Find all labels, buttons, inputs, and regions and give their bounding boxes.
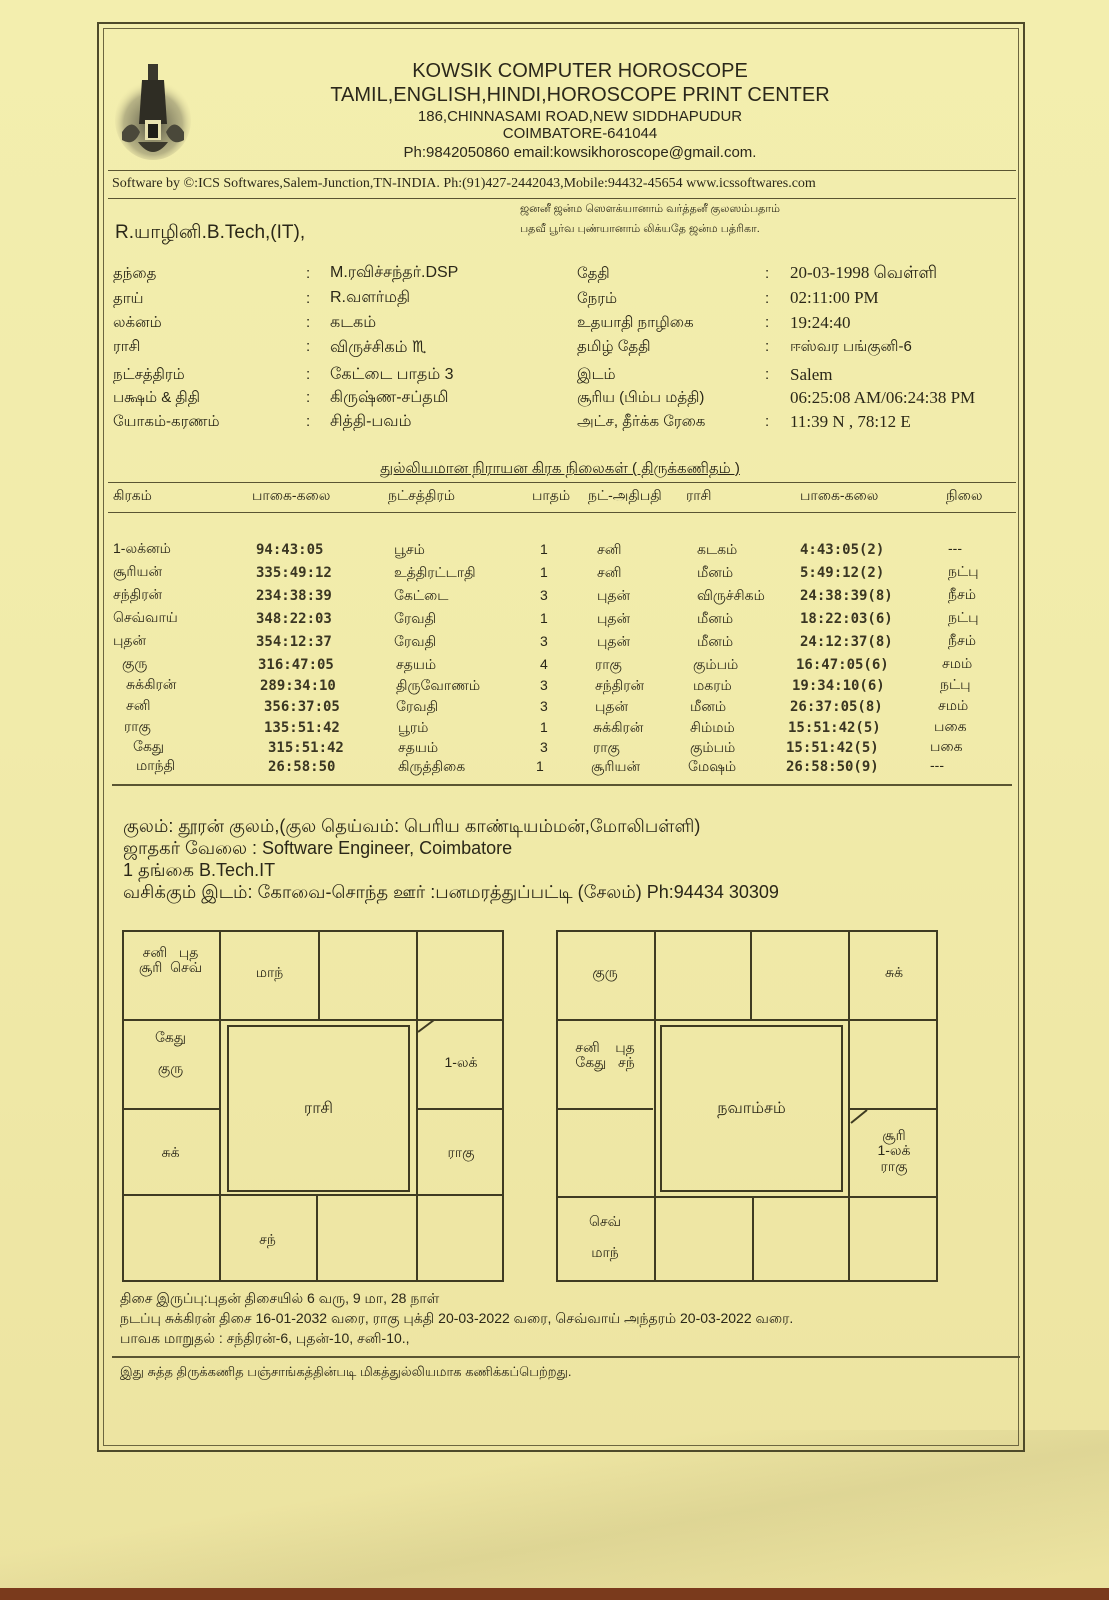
cell-rasi: கும்பம் [690,739,735,758]
company-contact: Ph:9842050860 email:kowsikhoroscope@gmai… [200,144,960,161]
cell-rasi: விருச்சிகம் [697,587,765,606]
cell-rasi-degree: 15:51:42(5) [788,720,881,736]
dasa-balance: திசை இருப்பு:புதன் திசையில் 6 வரு, 9 மா,… [120,1290,439,1309]
rasi-house-1: மாந் [221,965,318,980]
cell-nakshatra: பூரம் [398,719,428,738]
navamsa-center-label: நவாம்சம் [717,1099,786,1119]
cell-planet: செவ்வாய் [113,609,178,628]
rasi-house-8: சந் [219,1232,316,1247]
detail-label: தாய் [113,290,143,309]
detail-colon: : [306,389,310,406]
cell-padam: 3 [540,698,548,714]
detail-value-mother: R.வளர்மதி [330,288,410,308]
col-header-star-lord: நட்-அதிபதி [588,487,662,506]
bhava-change: பாவக மாறுதல் : சந்திரன்-6, புதன்-10, சனி… [120,1330,410,1349]
col-header-padam: பாதம் [532,487,570,506]
cell-rasi-degree: 24:12:37(8) [800,634,893,650]
cell-star-lord: ராகு [593,739,620,758]
footer-divider [112,1356,1020,1358]
detail-label: இடம் [577,366,616,385]
cell-rasi-degree: 5:49:12(2) [800,565,884,581]
col-header-status: நிலை [946,487,982,506]
detail-label: தந்தை [113,265,156,284]
cell-nakshatra: கேட்டை [394,587,448,606]
detail-colon: : [765,413,769,430]
detail-colon: : [765,338,769,355]
cell-planet: சூரியன் [113,563,162,582]
cell-rasi: மீனம் [697,564,733,583]
rasi-house-11: கேது குரு [122,1030,219,1076]
cell-status: நட்பு [940,676,971,695]
cell-nakshatra: ரேவதி [394,610,436,629]
cell-planet: 1-லக்னம் [113,540,171,559]
company-title: KOWSIK COMPUTER HOROSCOPE [200,60,960,83]
planet-table-title: துல்லியமான நிராயன கிரக நிலைகள் ( திருக்க… [110,460,1010,479]
company-address-line2: COIMBATORE-641044 [200,125,960,142]
detail-colon: : [306,314,310,331]
cell-rasi-degree: 19:34:10(6) [792,678,885,694]
sibling-info: 1 தங்கை B.Tech.IT [123,860,275,883]
table-divider-top [108,482,1016,483]
cell-star-lord: சனி [597,564,622,583]
deity-logo-icon [112,62,194,162]
navamsa-house-5: சூரி 1-லக் ராகு [850,1128,938,1174]
cell-nakshatra: ரேவதி [396,698,438,717]
table-divider-header [108,512,1016,513]
cell-rasi-degree: 26:37:05(8) [790,699,883,715]
cell-rasi-degree: 18:22:03(6) [800,611,893,627]
detail-value-lat-long: 11:39 N , 78:12 E [790,412,911,432]
cell-rasi: மகரம் [693,677,732,696]
cell-rasi: மீனம் [697,633,733,652]
cell-status: நீசம் [948,632,976,651]
lagna-marker-icon [850,1108,870,1124]
cell-star-lord: சந்திரன் [595,677,644,696]
detail-value-time: 02:11:00 PM [790,288,879,308]
accuracy-note: இது சுத்த திருக்கணித பஞ்சாங்கத்தின்படி ம… [120,1364,572,1381]
cell-star-lord: சூரியன் [591,758,640,777]
cell-padam: 4 [540,656,548,672]
cell-star-lord: புதன் [597,633,630,652]
cell-rasi-degree: 4:43:05(2) [800,542,884,558]
cell-padam: 1 [540,719,548,735]
fold-shadow [0,1430,1109,1588]
cell-planet: குரு [122,655,147,674]
navamsa-house-3: சுக் [850,965,938,980]
header-divider-1 [108,170,1016,171]
kulam-info: குலம்: தூரன் குலம்,(குல தெய்வம்: பெரிய க… [123,816,700,839]
detail-colon: : [765,314,769,331]
cell-star-lord: சனி [597,541,622,560]
cell-degree: 348:22:03 [256,611,332,627]
cell-nakshatra: திருவோணம் [396,677,480,696]
detail-label: பக்ஷம் & திதி [113,389,200,408]
detail-colon: : [306,366,310,383]
residence-info: வசிக்கும் இடம்: கோவை-சொந்த ஊர் :பனமரத்து… [123,882,779,905]
cell-planet: சனி [126,697,151,716]
cell-degree: 234:38:39 [256,588,332,604]
cell-planet: சுக்கிரன் [126,676,176,695]
header-divider-2 [108,198,1016,199]
cell-star-lord: புதன் [597,610,630,629]
detail-value-nakshatra: கேட்டை பாதம் 3 [330,365,454,385]
cell-padam: 3 [540,677,548,693]
col-header-rasi-degree: பாகை-கலை [800,487,878,506]
cell-planet: புதன் [113,632,146,651]
cell-padam: 3 [540,633,548,649]
navamsa-house-11: சனி புத கேது சந் [556,1040,654,1071]
cell-degree: 335:49:12 [256,565,332,581]
detail-colon: : [306,265,310,282]
cell-padam: 1 [540,541,548,557]
navamsa-house-9: செவ் மாந் [556,1214,654,1260]
cell-status: சமம் [942,655,972,674]
detail-label: உதயாதி நாழிகை [577,314,694,333]
cell-status: --- [930,757,944,773]
sloka-line-2: பதவீ பூர்வ புண்யானாம் லிக்யதே ஜன்ம பத்ரி… [520,223,760,237]
table-divider-bottom [112,784,1012,786]
detail-value-yogam: சித்தி-பவம் [330,412,411,432]
cell-rasi: கடகம் [697,541,737,560]
cell-padam: 1 [536,758,544,774]
cell-status: நீசம் [948,586,976,605]
native-name: R.யாழினி.B.Tech,(IT), [115,222,305,246]
lagna-marker-icon [418,1019,438,1033]
detail-value-tamil-date: ஈஸ்வர பங்குனி-6 [790,338,912,357]
detail-label: தேதி [577,265,610,284]
rasi-house-10: சுக் [122,1145,219,1160]
cell-planet: கேது [133,738,164,757]
detail-label: லக்னம் [113,314,162,333]
software-credit: Software by ©:ICS Softwares,Salem-Juncti… [112,176,816,192]
job-info: ஜாதகர் வேலை : Software Engineer, Coimbat… [123,838,512,861]
detail-value-date: 20-03-1998 வெள்ளி [790,263,937,285]
cell-rasi-degree: 26:58:50(9) [786,759,879,775]
detail-value-father: M.ரவிச்சந்தர்.DSP [330,263,458,283]
detail-colon: : [765,265,769,282]
cell-degree: 354:12:37 [256,634,332,650]
detail-label: நேரம் [577,290,617,309]
detail-label: தமிழ் தேதி [577,338,650,357]
cell-nakshatra: கிருத்திகை [398,758,465,777]
cell-star-lord: சுக்கிரன் [593,719,643,738]
cell-nakshatra: ரேவதி [394,633,436,652]
table-surface [0,1588,1109,1600]
detail-value-naazhigai: 19:24:40 [790,313,850,333]
rasi-house-5: ராகு [418,1145,504,1160]
cell-degree: 94:43:05 [256,542,323,558]
detail-value-thithi: கிருஷ்ண-சப்தமி [330,388,448,408]
detail-value-sunrise-sunset: 06:25:08 AM/06:24:38 PM [790,388,975,408]
detail-colon: : [306,413,310,430]
cell-rasi-degree: 24:38:39(8) [800,588,893,604]
detail-colon: : [306,290,310,307]
detail-colon: : [306,338,310,355]
current-dasa: நடப்பு சுக்கிரன் திசை 16-01-2032 வரை, ரா… [120,1310,793,1329]
sloka-line-1: ஜனனீ ஜன்ம ஸௌக்யானாம் வர்த்தனீ குலஸம்பதாம… [520,203,780,217]
cell-nakshatra: பூசம் [394,541,425,560]
rasi-center-label: ராசி [304,1099,333,1119]
cell-degree: 356:37:05 [264,699,340,715]
detail-value-rasi: விருச்சிகம் ♏ [330,337,426,358]
cell-padam: 3 [540,587,548,603]
cell-rasi: மேஷம் [688,758,736,777]
detail-label: அட்ச, தீர்க்க ரேகை [577,413,705,432]
detail-label: நட்சத்திரம் [113,366,185,385]
col-header-rasi: ராசி [686,487,712,506]
cell-degree: 135:51:42 [264,720,340,736]
cell-rasi-degree: 15:51:42(5) [786,740,879,756]
rasi-house-4: 1-லக் [418,1055,504,1070]
cell-degree: 289:34:10 [260,678,336,694]
navamsa-house-12: குரு [556,965,654,980]
detail-value-place: Salem [790,365,833,385]
cell-planet: சந்திரன் [113,586,162,605]
cell-rasi-degree: 16:47:05(6) [796,657,889,673]
col-header-degree: பாகை-கலை [252,487,330,506]
detail-label: யோகம்-கரணம் [113,413,220,432]
company-address-line1: 186,CHINNASAMI ROAD,NEW SIDDHAPUDUR [200,108,960,125]
cell-status: --- [948,540,962,556]
cell-star-lord: ராகு [595,656,622,675]
cell-degree: 316:47:05 [258,657,334,673]
cell-rasi: மீனம் [697,610,733,629]
cell-padam: 1 [540,564,548,580]
cell-nakshatra: உத்திரட்டாதி [394,564,476,583]
cell-degree: 315:51:42 [268,740,344,756]
detail-value-lagnam: கடகம் [330,313,376,333]
cell-nakshatra: சதயம் [396,656,436,675]
cell-status: பகை [930,738,963,757]
col-header-nakshatra: நட்சத்திரம் [388,487,455,506]
cell-rasi: மீனம் [690,698,726,717]
company-subtitle: TAMIL,ENGLISH,HINDI,HOROSCOPE PRINT CENT… [200,84,960,107]
rasi-center-box: ராசி [227,1025,410,1192]
cell-status: பகை [934,718,967,737]
cell-star-lord: புதன் [595,698,628,717]
cell-degree: 26:58:50 [268,759,335,775]
cell-status: நட்பு [948,609,979,628]
cell-padam: 1 [540,610,548,626]
detail-label: சூரிய (பிம்ப மத்தி) [577,389,704,408]
cell-planet: ராகு [124,718,151,737]
cell-star-lord: புதன் [597,587,630,606]
detail-colon: : [765,290,769,307]
col-header-planet: கிரகம் [113,487,152,506]
detail-colon: : [765,366,769,383]
rasi-house-12: சனி புத சூரி செவ் [122,945,219,976]
cell-status: சமம் [938,697,968,716]
detail-label: ராசி [113,338,140,357]
navamsa-center-box: நவாம்சம் [660,1025,843,1192]
cell-nakshatra: சதயம் [398,739,438,758]
cell-status: நட்பு [948,563,979,582]
cell-planet: மாந்தி [136,757,175,776]
cell-rasi: கும்பம் [693,656,738,675]
cell-rasi: சிம்மம் [690,719,735,738]
cell-padam: 3 [540,739,548,755]
